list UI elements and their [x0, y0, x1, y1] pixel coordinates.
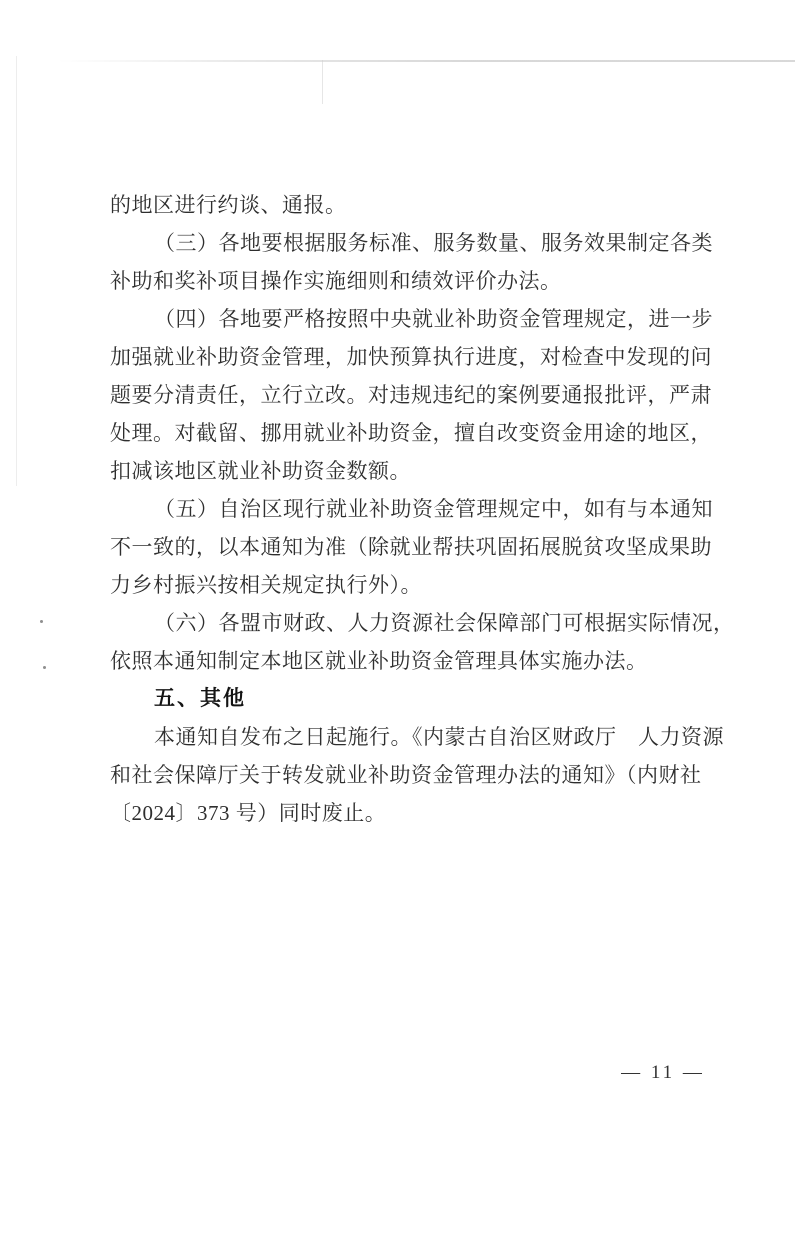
document-line: 力乡村振兴按相关规定执行外）。	[110, 566, 708, 604]
document-line: （四）各地要严格按照中央就业补助资金管理规定，进一步	[110, 300, 708, 338]
section-heading: 五、其他	[110, 680, 708, 718]
document-line: 题要分清责任，立行立改。对违规违纪的案例要通报批评，严肃	[110, 376, 708, 414]
document-line: （五）自治区现行就业补助资金管理规定中，如有与本通知	[110, 490, 708, 528]
document-line: 〔2024〕373 号）同时废止。	[110, 794, 708, 832]
scan-artifact-left-edge	[16, 56, 17, 486]
document-line: 依照本通知制定本地区就业补助资金管理具体实施办法。	[110, 642, 708, 680]
document-line: 加强就业补助资金管理，加快预算执行进度，对检查中发现的问	[110, 338, 708, 376]
page-number: — 11 —	[608, 1062, 718, 1084]
document-line: （六）各盟市财政、人力资源社会保障部门可根据实际情况，	[110, 604, 708, 642]
scan-artifact-speck	[40, 620, 43, 623]
document-line: （三）各地要根据服务标准、服务数量、服务效果制定各类	[110, 224, 708, 262]
document-line: 的地区进行约谈、通报。	[110, 186, 708, 224]
scan-artifact-vertical-mark	[322, 60, 323, 104]
scanned-document-page: 的地区进行约谈、通报。 （三）各地要根据服务标准、服务数量、服务效果制定各类 补…	[0, 0, 812, 1243]
document-line: 和社会保障厅关于转发就业补助资金管理办法的通知》（内财社	[110, 756, 708, 794]
document-body: 的地区进行约谈、通报。 （三）各地要根据服务标准、服务数量、服务效果制定各类 补…	[110, 186, 708, 832]
scan-artifact-speck	[43, 666, 46, 669]
document-line: 扣减该地区就业补助资金数额。	[110, 452, 708, 490]
document-line: 处理。对截留、挪用就业补助资金，擅自改变资金用途的地区，	[110, 414, 708, 452]
document-line: 不一致的，以本通知为准（除就业帮扶巩固拓展脱贫攻坚成果助	[110, 528, 708, 566]
scan-artifact-top-edge	[58, 60, 795, 62]
document-line: 本通知自发布之日起施行。《内蒙古自治区财政厅 人力资源	[110, 718, 708, 756]
document-line: 补助和奖补项目操作实施细则和绩效评价办法。	[110, 262, 708, 300]
